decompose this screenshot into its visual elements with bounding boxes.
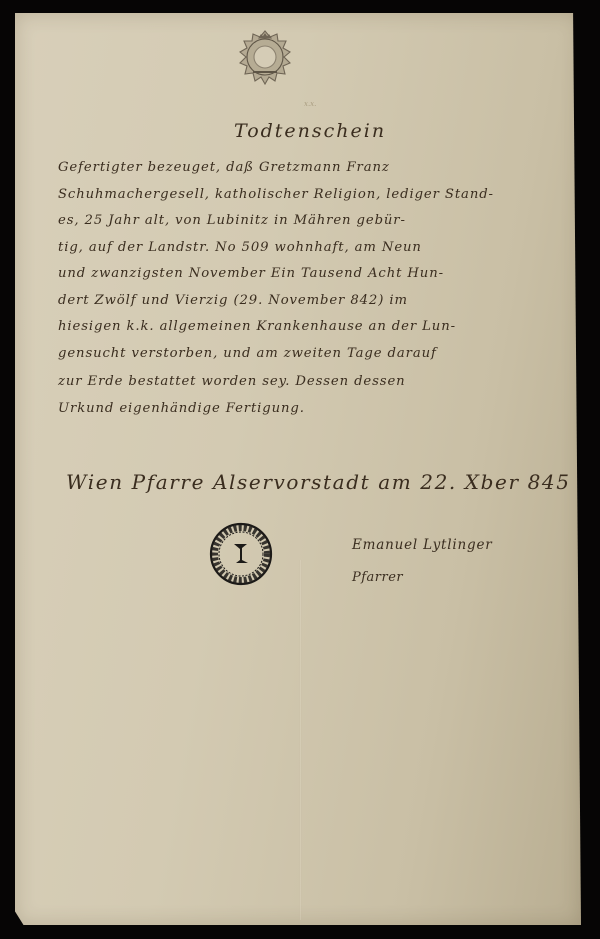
paper-fold-crease: [299, 560, 302, 920]
body-line-3: es, 25 Jahr alt, von Lubinitz in Mähren …: [58, 213, 406, 228]
body-line-2: Schuhmachergesell, katholischer Religion…: [58, 187, 494, 202]
body-line-1: Gefertigter bezeuget, daß Gretzmann Fran…: [58, 160, 390, 175]
body-line-10: Urkund eigenhändige Fertigung.: [58, 401, 305, 416]
faint-pencil-mark: x.x.: [304, 100, 316, 108]
embossed-seal-icon: [236, 30, 294, 86]
body-line-5: und zwanzigsten November Ein Tausend Ach…: [58, 266, 444, 281]
signature-role: Pfarrer: [352, 570, 403, 585]
document-title: Todtenschein: [234, 120, 386, 142]
body-line-7: hiesigen k.k. allgemeinen Krankenhause a…: [58, 319, 456, 334]
document-paper: [15, 13, 581, 925]
place-and-date: Wien Pfarre Alservorstadt am 22. Xber 84…: [66, 470, 571, 494]
body-line-6: dert Zwölf und Vierzig (29. November 842…: [58, 293, 408, 308]
parish-stamp-icon: [207, 520, 275, 588]
signature-name: Emanuel Lytlinger: [352, 537, 493, 553]
body-line-8: gensucht verstorben, und am zweiten Tage…: [58, 346, 437, 361]
body-line-4: tig, auf der Landstr. No 509 wohnhaft, a…: [58, 240, 422, 255]
body-line-9: zur Erde bestattet worden sey. Dessen de…: [58, 374, 406, 389]
